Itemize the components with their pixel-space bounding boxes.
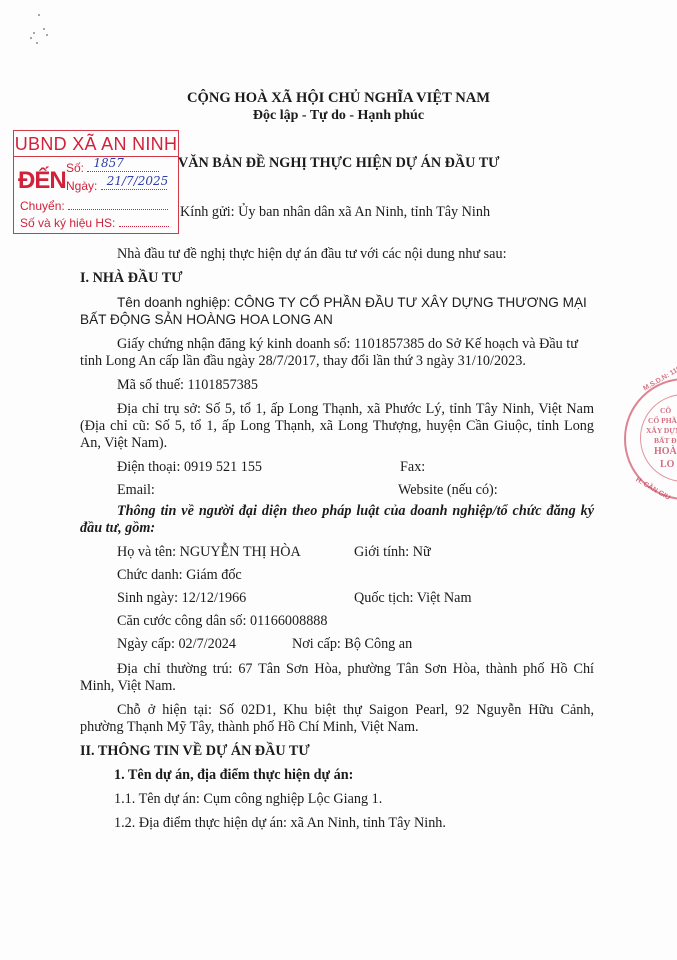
license-line2: tỉnh Long An cấp lần đầu ngày 28/7/2017,… xyxy=(80,353,526,370)
seal-ring-text: M.S.D.N: 1101 xyxy=(642,364,677,393)
seal-bottom-text: H. CẦN GIU xyxy=(634,476,671,501)
seal-line-2: CỔ PHẦ xyxy=(648,416,677,425)
stamp-ngay-label: Ngày: xyxy=(66,179,97,193)
seal-line-4: BẤT Đ xyxy=(654,436,677,445)
stamp-chuyen-label: Chuyển: xyxy=(20,199,65,213)
fax: Fax: xyxy=(400,459,425,476)
rep-gender: Giới tính: Nữ xyxy=(354,544,431,561)
document-title: VĂN BẢN ĐỀ NGHỊ THỰC HIỆN DỰ ÁN ĐẦU TƯ xyxy=(178,155,499,172)
rep-permanent-line1: Địa chỉ thường trú: 67 Tân Sơn Hòa, phườ… xyxy=(117,661,594,678)
stamp-den-label: ĐẾN xyxy=(18,161,66,201)
seal-line-3: XÂY DỰNG xyxy=(646,426,677,435)
stamp-so-value: 1857 xyxy=(93,156,124,170)
rep-issue-place: Nơi cấp: Bộ Công an xyxy=(292,636,412,653)
rep-current-line1: Chỗ ở hiện tại: Số 02D1, Khu biệt thự Sa… xyxy=(117,702,594,719)
rep-name: Họ và tên: NGUYỄN THỊ HÒA xyxy=(117,544,301,561)
seal-line-1: CÔ xyxy=(660,406,671,415)
phone: Điện thoại: 0919 521 155 xyxy=(117,459,262,476)
national-header: CỘNG HOÀ XÃ HỘI CHỦ NGHĨA VIỆT NAM xyxy=(0,90,677,107)
seal-line-6: LO xyxy=(660,459,674,470)
project-name: 1.1. Tên dự án: Cụm công nghiệp Lộc Gian… xyxy=(114,791,382,808)
website: Website (nếu có): xyxy=(398,482,498,499)
stamp-ngay-value: 21/7/2025 xyxy=(107,174,169,188)
address-line3: An, Việt Nam). xyxy=(80,435,167,452)
intro-paragraph: Nhà đầu tư đề nghị thực hiện dự án đầu t… xyxy=(117,246,507,263)
seal-line-5: HOÀ xyxy=(654,446,677,457)
email: Email: xyxy=(117,482,155,499)
rep-nationality: Quốc tịch: Việt Nam xyxy=(354,590,471,607)
rep-permanent-line2: Minh, Việt Nam. xyxy=(80,678,176,695)
national-motto: Độc lập - Tự do - Hạnh phúc xyxy=(0,108,677,124)
rep-current-line2: phường Thạnh Mỹ Tây, thành phố Hồ Chí Mi… xyxy=(80,719,419,736)
stamp-authority: UBND XÃ AN NINH xyxy=(14,131,178,157)
recipient-line: Kính gửi: Ủy ban nhân dân xã An Ninh, tỉ… xyxy=(180,204,490,221)
company-name-line2: BẤT ĐỘNG SẢN HOÀNG HOA LONG AN xyxy=(80,312,333,327)
company-name-line1: Tên doanh nghiệp: CÔNG TY CỔ PHẦN ĐẦU TƯ… xyxy=(117,295,587,310)
license-line1: Giấy chứng nhận đăng ký kinh doanh số: 1… xyxy=(117,336,578,353)
project-location: 1.2. Địa điểm thực hiện dự án: xã An Nin… xyxy=(114,815,446,832)
rep-issue-date: Ngày cấp: 02/7/2024 xyxy=(117,636,236,653)
scan-specks xyxy=(28,12,68,52)
rep-dob: Sinh ngày: 12/12/1966 xyxy=(117,590,246,607)
section2-sub1: 1. Tên dự án, địa điểm thực hiện dự án: xyxy=(114,767,353,784)
stamp-hs-label: Số và ký hiệu HS: xyxy=(20,216,115,230)
section1-heading: I. NHÀ ĐẦU TƯ xyxy=(80,270,182,287)
stamp-so-label: Số: xyxy=(66,161,84,175)
company-seal: M.S.D.N: 1101 CÔ CỔ PHẦ XÂY DỰNG BẤT Đ H… xyxy=(624,378,677,500)
tax-code: Mã số thuế: 1101857385 xyxy=(117,377,258,394)
rep-id-number: Căn cước công dân số: 01166008888 xyxy=(117,613,328,630)
address-line2: (Địa chỉ cũ: Số 5, tổ 1, ấp Long Thạnh, … xyxy=(80,418,594,435)
section2-heading: II. THÔNG TIN VỀ DỰ ÁN ĐẦU TƯ xyxy=(80,743,310,760)
received-stamp: UBND XÃ AN NINH ĐẾN Số: 1857 Ngày: 21/7/… xyxy=(13,130,179,234)
rep-position: Chức danh: Giám đốc xyxy=(117,567,242,584)
address-line1: Địa chỉ trụ sở: Số 5, tổ 1, ấp Long Thạn… xyxy=(117,401,594,418)
rep-heading-line1: Thông tin về người đại diện theo pháp lu… xyxy=(117,503,594,520)
rep-heading-line2: đầu tư, gồm: xyxy=(80,520,155,537)
